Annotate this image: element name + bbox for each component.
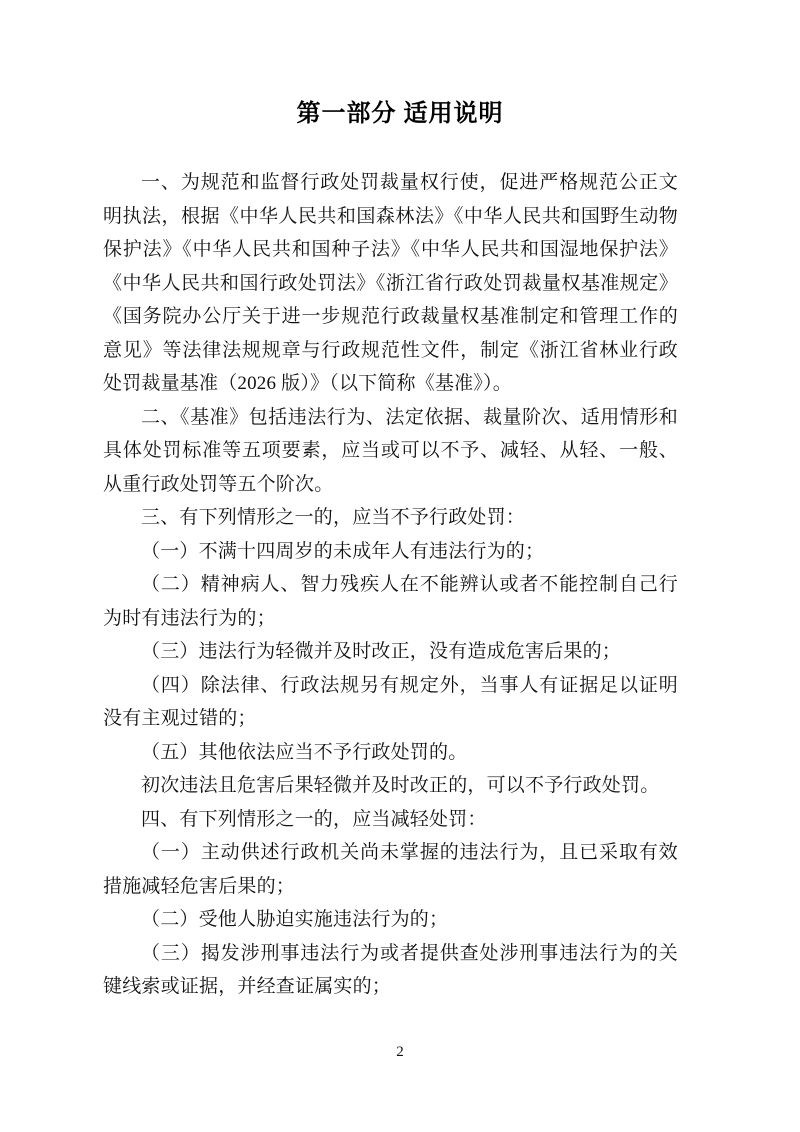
- paragraph-mitigation-item-3: （三）揭发涉刑事违法行为或者提供查处涉刑事违法行为的关键线索或证据，并经查证属实…: [103, 937, 678, 1004]
- paragraph-no-penalty-item-3: （三）违法行为轻微并及时改正，没有造成危害后果的；: [103, 635, 678, 669]
- paragraph-no-penalty-item-5: （五）其他依法应当不予行政处罚的。: [103, 736, 678, 770]
- paragraph-no-penalty-heading: 三、有下列情形之一的，应当不予行政处罚：: [103, 501, 678, 535]
- paragraph-elements: 二、《基准》包括违法行为、法定依据、裁量阶次、适用情形和具体处罚标准等五项要素，…: [103, 401, 678, 502]
- document-body: 一、为规范和监督行政处罚裁量权行使，促进严格规范公正文明执法，根据《中华人民共和…: [103, 166, 678, 1004]
- paragraph-mitigation-item-1: （一）主动供述行政机关尚未掌握的违法行为，且已采取有效措施减轻危害后果的；: [103, 836, 678, 903]
- paragraph-no-penalty-item-2: （二）精神病人、智力残疾人在不能辨认或者不能控制自己行为时有违法行为的；: [103, 568, 678, 635]
- document-page: 第一部分 适用说明 一、为规范和监督行政处罚裁量权行使，促进严格规范公正文明执法…: [0, 0, 800, 1132]
- section-title: 第一部分 适用说明: [0, 97, 800, 131]
- page-number: 2: [0, 1042, 800, 1062]
- paragraph-no-penalty-item-4: （四）除法律、行政法规另有规定外，当事人有证据足以证明没有主观过错的；: [103, 669, 678, 736]
- paragraph-intro: 一、为规范和监督行政处罚裁量权行使，促进严格规范公正文明执法，根据《中华人民共和…: [103, 166, 678, 401]
- paragraph-mitigation-heading: 四、有下列情形之一的，应当减轻处罚：: [103, 803, 678, 837]
- paragraph-first-offense: 初次违法且危害后果轻微并及时改正的，可以不予行政处罚。: [103, 769, 678, 803]
- paragraph-no-penalty-item-1: （一）不满十四周岁的未成年人有违法行为的；: [103, 535, 678, 569]
- paragraph-mitigation-item-2: （二）受他人胁迫实施违法行为的；: [103, 903, 678, 937]
